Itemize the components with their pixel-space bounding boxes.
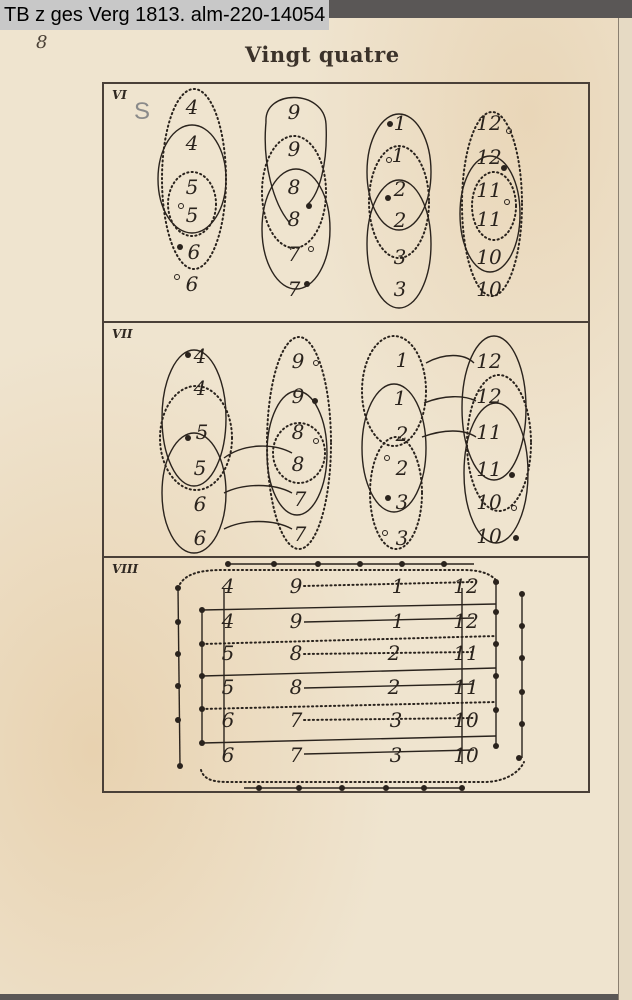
diagram-number: 11 [476,457,501,481]
diagram-number: 7 [288,242,301,266]
diagram-number: 7 [290,743,303,767]
panel-vi: VI S 4 4 5 5 6 6 9 9 8 8 [104,84,588,321]
diagram-number: 3 [390,743,403,767]
diagram-number: 11 [453,675,478,699]
panel-viii-diagram: 4 9 1 12 4 9 1 12 5 8 2 11 5 8 2 11 6 7 … [104,558,590,795]
diagram-number: 1 [394,111,407,135]
diagram-number: 4 [193,344,207,368]
diagram-number: 3 [394,277,407,301]
diagram-number: 4 [221,574,235,598]
diagram-number: 12 [453,609,478,633]
panel-vi-diagram: 4 4 5 5 6 6 9 9 8 8 7 7 [104,84,590,321]
diagram-frame: VI S 4 4 5 5 6 6 9 9 8 8 [102,82,590,793]
diagram-number: 4 [185,95,199,119]
diagram-number: 9 [288,100,301,124]
diagram-number: 4 [221,609,235,633]
diagram-number: 9 [288,137,301,161]
diagram-number: 2 [387,675,401,699]
diagram-number: 4 [185,131,199,155]
diagram-number: 2 [393,208,407,232]
diagram-number: 10 [476,524,502,548]
diagram-number: 12 [453,574,478,598]
diagram-number: 3 [396,526,409,550]
diagram-number: 8 [290,675,303,699]
diagram-number: 10 [453,743,479,767]
diagram-number: 8 [288,175,301,199]
panel-viii: VIII [104,556,588,793]
diagram-number: 9 [290,574,303,598]
panel-vii: VII 4 4 5 5 6 6 9 9 8 [104,321,588,556]
diagram-number: 2 [395,456,409,480]
diagram-number: 6 [222,743,235,767]
diagram-number: 4 [193,376,207,400]
diagram-number: 12 [476,145,501,169]
diagram-number: 5 [186,175,199,199]
diagram-number: 9 [292,349,305,373]
diagram-number: 12 [476,111,501,135]
diagram-number: 1 [394,386,407,410]
diagram-number: 7 [290,708,303,732]
page-number: 8 [36,32,47,53]
diagram-number: 6 [222,708,235,732]
diagram-number: 11 [453,641,478,665]
diagram-number: 5 [222,675,235,699]
diagram-number: 5 [196,420,209,444]
diagram-number: 7 [288,277,301,301]
diagram-number: 6 [188,240,201,264]
diagram-number: 2 [393,177,407,201]
diagram-number: 5 [194,456,207,480]
diagram-number: 12 [476,384,501,408]
diagram-number: 5 [186,203,199,227]
diagram-number: 3 [394,245,407,269]
diagram-number: 2 [387,641,401,665]
page-title: Vingt quatre [245,42,400,67]
diagram-number: 1 [392,574,405,598]
diagram-number: 11 [476,420,501,444]
diagram-number: 6 [194,492,207,516]
diagram-number: 1 [392,143,405,167]
diagram-number: 9 [292,384,305,408]
diagram-number: 10 [476,277,502,301]
diagram-number: 7 [294,487,307,511]
diagram-number: 7 [294,522,307,546]
page-edge [618,18,632,1000]
image-caption: TB z ges Verg 1813. alm-220-14054 [0,0,329,30]
diagram-number: 6 [186,272,199,296]
diagram-number: 1 [396,348,409,372]
diagram-number: 8 [292,420,305,444]
diagram-number: 1 [392,609,405,633]
diagram-number: 8 [288,207,301,231]
diagram-number: 8 [292,452,305,476]
diagram-number: 5 [222,641,235,665]
diagram-number: 11 [476,207,501,231]
diagram-number: 12 [476,349,501,373]
diagram-number: 6 [194,526,207,550]
diagram-number: 2 [395,422,409,446]
panel-vii-diagram: 4 4 5 5 6 6 9 9 8 8 7 7 [104,323,590,558]
diagram-number: 10 [476,245,502,269]
diagram-number: 10 [476,490,502,514]
diagram-number: 3 [390,708,403,732]
diagram-number: 11 [476,178,501,202]
diagram-number: 10 [453,708,479,732]
diagram-number: 3 [396,490,409,514]
diagram-number: 8 [290,641,303,665]
diagram-number: 9 [290,609,303,633]
